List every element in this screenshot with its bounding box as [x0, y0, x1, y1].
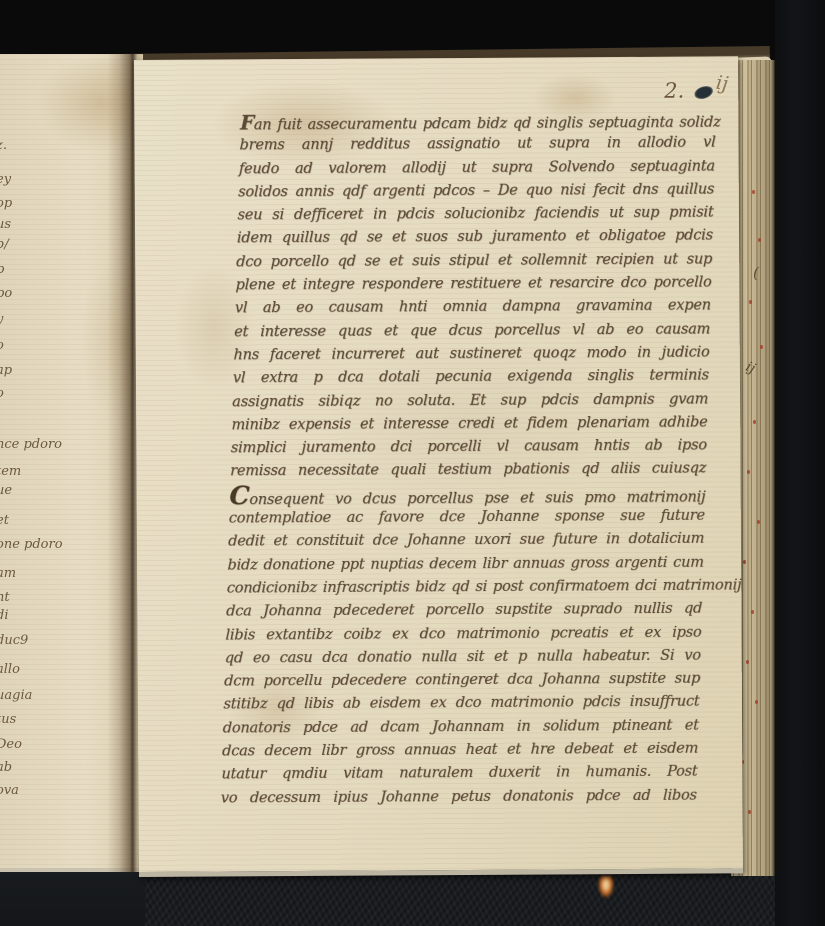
- red-speckle: [743, 560, 746, 564]
- verso-line-fragment: duc9: [0, 633, 28, 648]
- manuscript-text-line: idem quillus qd se et suos sub juramento…: [236, 225, 713, 251]
- manuscript-text-line: libis extantibz coibz ex dco matrimonio …: [225, 621, 702, 647]
- red-speckle: [758, 238, 761, 242]
- manuscript-text-line: plene et integre respondere restituere e…: [235, 272, 712, 298]
- manuscript-text-line: dcas decem libr gross annuas heat et hre…: [222, 738, 699, 764]
- verso-line-fragment: ap: [0, 363, 12, 378]
- manuscript-text-line: donatoris pdce ad dcam Johannam in solid…: [222, 714, 699, 740]
- manuscript-text-line: qd eo casu dca donatio nulla sit et p nu…: [224, 644, 701, 670]
- manuscript-text-line: minibz expensis et interesse credi et fi…: [231, 411, 708, 437]
- verso-line-fragment: ova: [0, 783, 19, 798]
- black-backdrop-right: [775, 0, 825, 926]
- red-speckle: [749, 300, 752, 304]
- ink-blot: [693, 84, 715, 101]
- verso-line-fragment: et: [0, 513, 9, 528]
- manuscript-text-line: feudo ad valorem allodij ut supra Solven…: [239, 155, 716, 181]
- manuscript-text-line: vo decessum ipius Johanne petus donatoni…: [220, 784, 697, 810]
- manuscript-text-line: utatur qmdiu vitam naturalem duxerit in …: [221, 761, 698, 787]
- verso-line-fragment: ab: [0, 760, 12, 775]
- manuscript-text-line: seu si defficeret in pdcis solucionibz f…: [237, 202, 714, 228]
- manuscript-text-line: et interesse quas et que dcus porcellus …: [234, 318, 711, 344]
- red-speckle: [747, 470, 750, 474]
- verso-line-fragment: am: [0, 566, 16, 581]
- manuscript-text-line: solidos annis qdf argenti pdcos – De quo…: [238, 178, 715, 204]
- verso-line-fragment: ue: [0, 483, 12, 498]
- verso-line-fragment: di: [0, 608, 8, 623]
- facing-verso-page: z.eyopusb/ppoyoaponce pdorotemueetone pd…: [0, 54, 143, 872]
- verso-line-fragment: o: [0, 338, 4, 353]
- manuscript-text-line: hns faceret incurreret aut sustineret qu…: [233, 341, 710, 367]
- verso-line-fragment: y: [0, 312, 3, 327]
- verso-line-fragment: p: [0, 262, 4, 277]
- verso-line-fragment: nt: [0, 590, 10, 605]
- manuscript-text-line: dca Johanna pdecederet porcello supstite…: [226, 598, 703, 624]
- manuscript-text-line: brems annj redditus assignatio ut supra …: [239, 132, 716, 158]
- red-speckle: [757, 520, 760, 524]
- folio-suffix-mark: ij: [715, 72, 730, 95]
- verso-line-fragment: b/: [0, 237, 9, 252]
- light-glint: [598, 876, 614, 898]
- verso-line-fragment: us: [0, 217, 11, 232]
- verso-line-fragment: uagia: [0, 688, 32, 703]
- red-speckle: [753, 420, 756, 424]
- verso-line-fragment: allo: [0, 662, 20, 677]
- verso-line-fragment: ey: [0, 172, 11, 187]
- red-speckle: [748, 810, 751, 814]
- red-speckle: [752, 190, 755, 194]
- verso-line-fragment: po: [0, 286, 12, 301]
- verso-line-fragment: Deo: [0, 737, 22, 752]
- manuscript-text-line: stitibz qd libis ab eisdem ex dco matrim…: [223, 691, 700, 717]
- manuscript-text-line: dco porcello qd se et suis stipul et sol…: [236, 248, 713, 274]
- fore-edge-ij-mark: ij: [743, 359, 758, 377]
- manuscript-text-line: condicionibz infrascriptis bidz qd si po…: [226, 574, 703, 600]
- verso-line-fragment: op: [0, 196, 12, 211]
- manuscript-text-line: simplici juramento dci porcelli vl causa…: [230, 435, 707, 461]
- recto-page: 2. ij Fan fuit assecuramentu pdcam bidz …: [134, 56, 743, 877]
- manuscript-text-line: Consequent vo dcus porcellus pse et suis…: [229, 481, 706, 507]
- manuscript-text-line: contemplatioe ac favore dce Johanne spon…: [228, 505, 705, 531]
- manuscript-text-line: vl extra p dca dotali pecunia exigenda s…: [232, 365, 709, 391]
- manuscript-text-line: vl ab eo causam hnti omnia dampna gravam…: [234, 295, 711, 321]
- verso-line-fragment: nce pdoro: [0, 437, 62, 452]
- manuscript-text-line: assignatis sibiqz no soluta. Et sup pdci…: [232, 388, 709, 414]
- manuscript-text-block: Fan fuit assecuramentu pdcam bidz qd sin…: [220, 108, 716, 810]
- manuscript-text-line: dedit et constituit dce Johanne uxori su…: [228, 528, 705, 554]
- red-speckle: [746, 660, 749, 664]
- verso-line-fragment: o: [0, 386, 4, 401]
- red-speckle: [751, 610, 754, 614]
- manuscript-text-line: bidz donatione ppt nuptias decem libr an…: [227, 551, 704, 577]
- folio-number-text: 2.: [664, 79, 684, 103]
- manuscript-text-line: Fan fuit assecuramentu pdcam bidz qd sin…: [240, 108, 717, 134]
- folio-number: 2. ij: [664, 74, 744, 108]
- red-speckle: [755, 700, 758, 704]
- verso-line-fragment: tus: [0, 712, 16, 727]
- verso-line-fragment: one pdoro: [0, 537, 63, 552]
- verso-line-fragment: tem: [0, 464, 21, 479]
- manuscript-photo: lra q nnua ter naua ( ij z.eyopusb/ppoyo…: [0, 0, 825, 926]
- manuscript-text-line: remissa necessitate quali testium pbatio…: [230, 458, 707, 484]
- fore-edge-paren-mark: (: [753, 264, 759, 282]
- manuscript-text-line: dcm porcellu pdecedere contingeret dca J…: [224, 668, 701, 694]
- verso-line-fragment: z.: [0, 138, 7, 153]
- red-speckle: [760, 345, 763, 349]
